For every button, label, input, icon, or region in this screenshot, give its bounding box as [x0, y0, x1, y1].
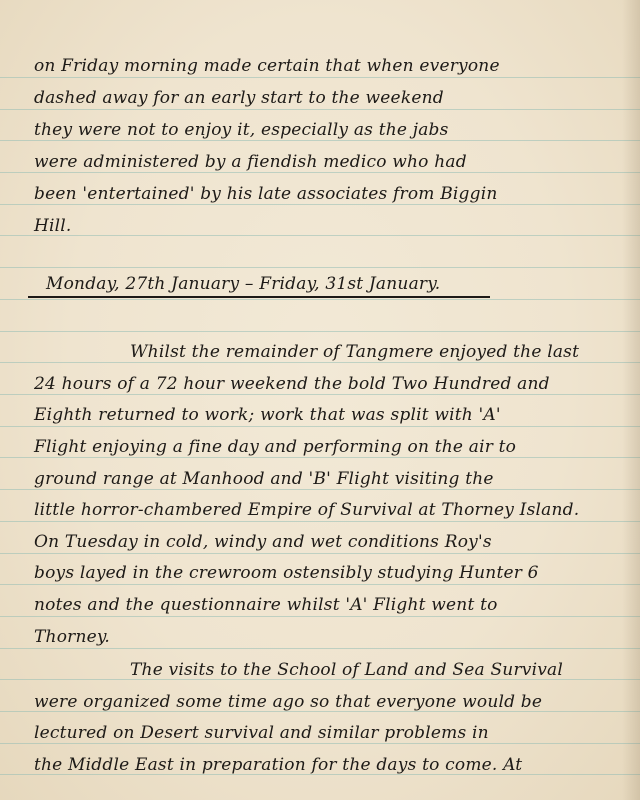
- text-line: little horror-chambered Empire of Surviv…: [0, 500, 640, 520]
- text-line: 24 hours of a 72 hour weekend the bold T…: [0, 374, 640, 394]
- ruled-line: [0, 394, 640, 395]
- ruled-line: [0, 299, 640, 300]
- text-line: The visits to the School of Land and Sea…: [0, 660, 640, 680]
- ruled-line: [0, 267, 640, 268]
- text-line: Eighth returned to work; work that was s…: [0, 405, 640, 425]
- ruled-line: [0, 616, 640, 617]
- ruled-line: [0, 362, 640, 363]
- text-line: Whilst the remainder of Tangmere enjoyed…: [0, 342, 640, 362]
- text-line: boys layed in the crewroom ostensibly st…: [0, 563, 640, 583]
- text-line: Hill.: [0, 216, 640, 236]
- text-line: the Middle East in preparation for the d…: [0, 755, 640, 775]
- diary-page: on Friday morning made certain that when…: [0, 0, 640, 800]
- text-line: notes and the questionnaire whilst 'A' F…: [0, 595, 640, 615]
- ruled-line: [0, 140, 640, 141]
- text-line: on Friday morning made certain that when…: [0, 56, 640, 76]
- ruled-line: [0, 204, 640, 205]
- ruled-line: [0, 584, 640, 585]
- text-line: On Tuesday in cold, windy and wet condit…: [0, 532, 640, 552]
- heading-underline: [28, 296, 490, 298]
- text-line: been 'entertained' by his late associate…: [0, 184, 640, 204]
- text-line: were administered by a fiendish medico w…: [0, 152, 640, 172]
- ruled-line: [0, 77, 640, 78]
- section-heading: Monday, 27th January – Friday, 31st Janu…: [0, 274, 640, 294]
- text-line: ground range at Manhood and 'B' Flight v…: [0, 469, 640, 489]
- ruled-line: [0, 172, 640, 173]
- text-line: Flight enjoying a fine day and performin…: [0, 437, 640, 457]
- ruled-line: [0, 648, 640, 649]
- text-line: lectured on Desert survival and similar …: [0, 723, 640, 743]
- ruled-line: [0, 457, 640, 458]
- ruled-line: [0, 109, 640, 110]
- ruled-line: [0, 743, 640, 744]
- ruled-line: [0, 553, 640, 554]
- ruled-line: [0, 521, 640, 522]
- text-line: Thorney.: [0, 627, 640, 647]
- text-line: they were not to enjoy it, especially as…: [0, 120, 640, 140]
- text-line: dashed away for an early start to the we…: [0, 88, 640, 108]
- ruled-line: [0, 331, 640, 332]
- text-line: were organized some time ago so that eve…: [0, 692, 640, 712]
- ruled-line: [0, 489, 640, 490]
- ruled-line: [0, 426, 640, 427]
